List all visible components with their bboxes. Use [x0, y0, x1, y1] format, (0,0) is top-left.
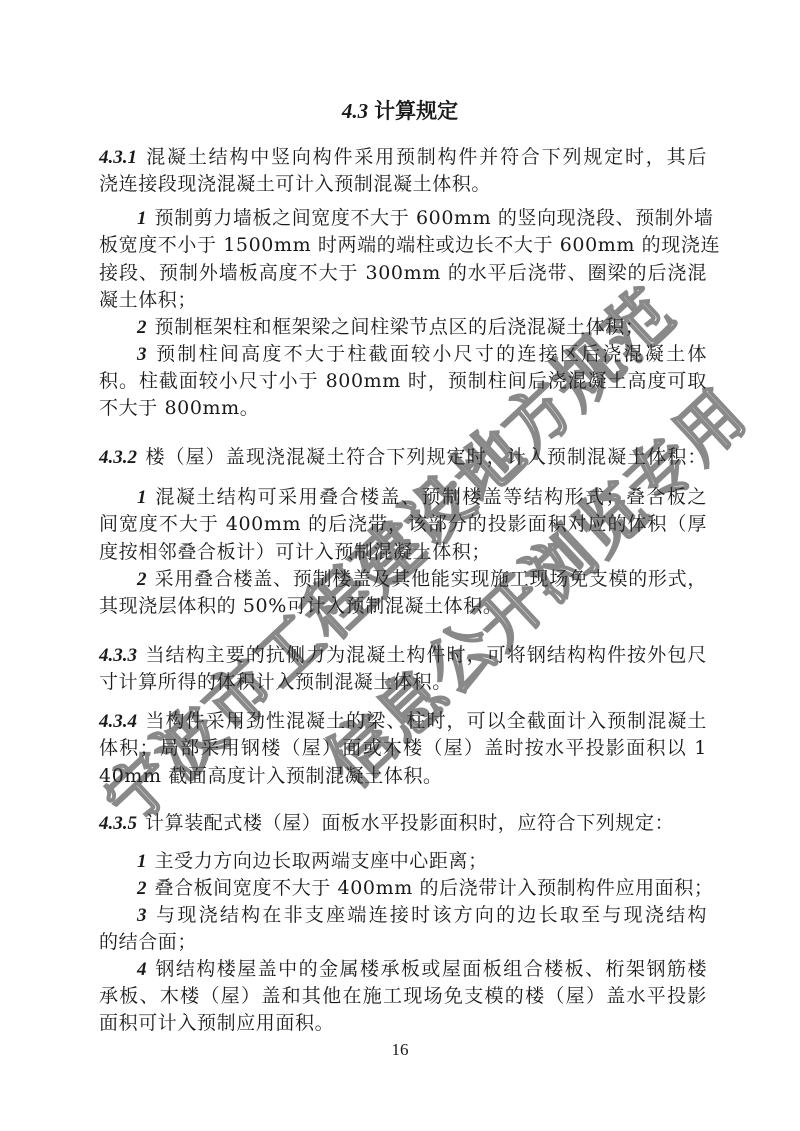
item-text: 采用叠合楼盖、预制楼盖及其他能实现施工现场免支模的形式，: [155, 568, 708, 590]
clause-number: 4.3.5: [99, 813, 137, 834]
clause-text: 当结构主要的抗侧力为混凝土构件时，可将钢结构构件按外包尺: [145, 644, 707, 666]
item-text: 钢结构楼屋盖中的金属楼承板或屋面板组合楼板、桁架钢筋楼: [155, 958, 708, 980]
item-text-continued: 承板、木楼（屋）盖和其他在施工现场免支模的楼（屋）盖水平投影: [99, 982, 707, 1010]
item-text-continued: 板宽度不小于 1500mm 时两端的端柱或边长不大于 600mm 的现浇连: [99, 231, 707, 259]
clause-text-continued: 体积；局部采用钢楼（屋）面或木楼（屋）盖时按水平投影面积以 1: [99, 734, 707, 762]
item-3: 3与现浇结构在非支座端连接时该方向的边长取至与现浇结构: [137, 901, 707, 929]
item-number: 1: [137, 851, 147, 872]
item-text-continued: 间宽度不大于 400mm 的后浇带，该部分的投影面积对应的体积（厚: [99, 510, 707, 538]
item-2: 2叠合板间宽度不大于 400mm 的后浇带计入预制构件应用面积；: [137, 874, 707, 902]
item-text: 叠合板间宽度不大于 400mm 的后浇带计入预制构件应用面积；: [155, 877, 714, 899]
clause-text: 楼（屋）盖现浇混凝土符合下列规定时，计入预制混凝土体积：: [145, 446, 707, 468]
clause-text-continued: 40mm 截面高度计入预制混凝土体积。: [99, 762, 707, 790]
clause-number: 4.3.1: [99, 147, 137, 168]
item-text-continued: 接段、预制外墙板高度不大于 300mm 的水平后浇带、圈梁的后浇混: [99, 259, 707, 287]
item-text: 预制剪力墙板之间宽度不大于 600mm 的竖向现浇段、预制外墙: [155, 207, 714, 229]
item-text: 预制框架柱和框架梁之间柱梁节点区的后浇混凝土体积；: [155, 316, 645, 338]
section-number: 4.3: [342, 99, 368, 123]
clause-4-3-5: 4.3.5计算装配式楼（屋）面板水平投影面积时，应符合下列规定：: [99, 809, 707, 837]
clause-number: 4.3.3: [99, 645, 137, 666]
clause-4-3-1: 4.3.1混凝土结构中竖向构件采用预制构件并符合下列规定时，其后: [99, 143, 707, 171]
item-number: 1: [137, 208, 147, 229]
item-text-continued: 的结合面；: [99, 928, 707, 956]
item-1: 1混凝土结构可采用叠合楼盖、预制楼盖等结构形式；叠合板之: [137, 483, 707, 511]
item-number: 3: [137, 905, 147, 926]
item-3: 3预制柱间高度不大于柱截面较小尺寸的连接区后浇混凝土体: [137, 340, 707, 368]
item-1: 1主受力方向边长取两端支座中心距离；: [137, 847, 707, 875]
item-number: 3: [137, 344, 147, 365]
item-text: 预制柱间高度不大于柱截面较小尺寸的连接区后浇混凝土体: [155, 343, 708, 365]
clause-text: 计算装配式楼（屋）面板水平投影面积时，应符合下列规定：: [145, 812, 674, 834]
item-2: 2采用叠合楼盖、预制楼盖及其他能实现施工现场免支模的形式，: [137, 565, 707, 593]
item-number: 1: [137, 487, 147, 508]
item-text: 主受力方向边长取两端支座中心距离；: [155, 850, 488, 872]
item-1: 1预制剪力墙板之间宽度不大于 600mm 的竖向现浇段、预制外墙: [137, 204, 707, 232]
item-number: 2: [137, 317, 147, 338]
item-text-continued: 不大于 800mm。: [99, 394, 707, 422]
clause-number: 4.3.2: [99, 447, 137, 468]
section-title: 计算规定: [374, 98, 458, 123]
item-4: 4钢结构楼屋盖中的金属楼承板或屋面板组合楼板、桁架钢筋楼: [137, 955, 707, 983]
item-text-continued: 其现浇层体积的 50%可计入预制混凝土体积。: [99, 592, 707, 620]
item-text-continued: 积。柱截面较小尺寸小于 800mm 时，预制柱间后浇混凝土高度可取: [99, 367, 707, 395]
item-text-continued: 度按相邻叠合板计）可计入预制混凝土体积；: [99, 538, 707, 566]
clause-text-continued: 寸计算所得的体积计入预制混凝土体积。: [99, 668, 707, 696]
item-text: 与现浇结构在非支座端连接时该方向的边长取至与现浇结构: [155, 904, 708, 926]
clause-text-continued: 浇连接段现浇混凝土可计入预制混凝土体积。: [99, 170, 707, 198]
clause-text: 混凝土结构中竖向构件采用预制构件并符合下列规定时，其后: [145, 146, 707, 168]
document-page: 4.3计算规定 4.3.1混凝土结构中竖向构件采用预制构件并符合下列规定时，其后…: [0, 0, 800, 1131]
item-text-continued: 面积可计入预制应用面积。: [99, 1009, 707, 1037]
item-2: 2预制框架柱和框架梁之间柱梁节点区的后浇混凝土体积；: [137, 313, 707, 341]
clause-4-3-4: 4.3.4当构件采用劲性混凝土的梁、柱时，可以全截面计入预制混凝土: [99, 707, 707, 735]
item-number: 4: [137, 959, 147, 980]
clause-number: 4.3.4: [99, 711, 137, 732]
item-number: 2: [137, 569, 147, 590]
item-number: 2: [137, 878, 147, 899]
clause-4-3-3: 4.3.3当结构主要的抗侧力为混凝土构件时，可将钢结构构件按外包尺: [99, 641, 707, 669]
section-heading: 4.3计算规定: [0, 96, 800, 126]
item-text-continued: 凝土体积；: [99, 286, 707, 314]
page-number: 16: [0, 1040, 800, 1060]
item-text: 混凝土结构可采用叠合楼盖、预制楼盖等结构形式；叠合板之: [155, 486, 708, 508]
clause-4-3-2: 4.3.2楼（屋）盖现浇混凝土符合下列规定时，计入预制混凝土体积：: [99, 443, 707, 471]
clause-text: 当构件采用劲性混凝土的梁、柱时，可以全截面计入预制混凝土: [145, 710, 707, 732]
